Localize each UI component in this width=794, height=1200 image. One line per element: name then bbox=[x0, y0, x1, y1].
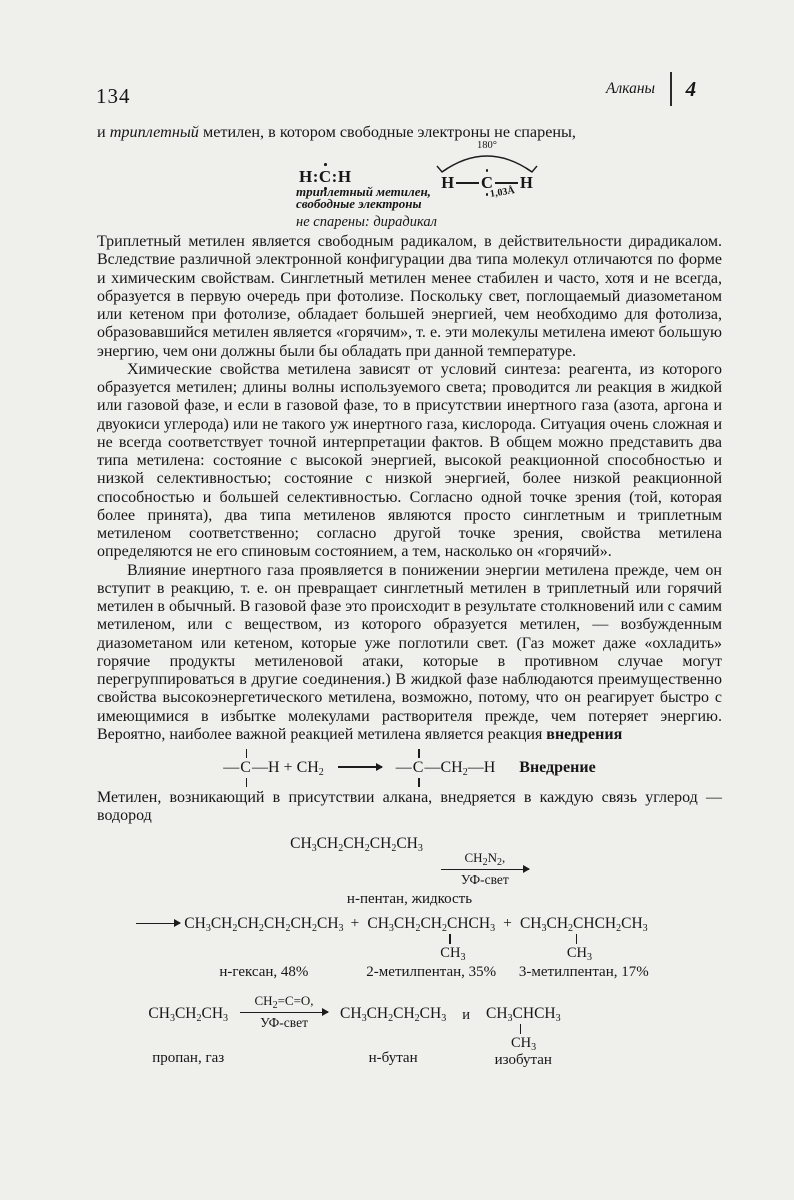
bond-angle-structure: 180° HCH 1,03Å bbox=[428, 140, 546, 202]
rxn1-arrow-bottom-label: УФ-свет bbox=[461, 872, 509, 888]
plus-sign: + bbox=[503, 915, 512, 933]
methylene-structures-figure: H:C:H 180° HCH 1,03Å триплетный метилен,… bbox=[0, 140, 794, 236]
product-label: 3-метилпентан, 17% bbox=[519, 964, 649, 981]
rxn1-reactant: CH3CH2CH2CH2CH3 bbox=[290, 835, 423, 852]
rhs-bond: — bbox=[396, 759, 412, 776]
chapter-number: 4 bbox=[686, 77, 697, 102]
reaction-arrow-icon bbox=[338, 766, 382, 767]
rxn2-arrow: CH2=C=O, УФ-свет bbox=[240, 993, 328, 1031]
text-column: Триплетный метилен является свободным ра… bbox=[97, 233, 722, 1069]
insertion-label: Внедрение bbox=[519, 759, 595, 776]
rxn1-arrow-line-icon bbox=[441, 869, 529, 870]
lhs-bond: — bbox=[223, 759, 239, 776]
methylene-reagent: CH2 bbox=[297, 759, 324, 776]
insertion-reaction: —C—H + CH2 —C—CH2—H Внедрение bbox=[97, 744, 722, 789]
rhs-rest: —CH2—H bbox=[424, 759, 495, 776]
lhs-carbon: C bbox=[239, 759, 252, 777]
paragraph-4: Метилен, возникающий в присутствии алкан… bbox=[97, 789, 722, 826]
product-label: 2-метилпентан, 35% bbox=[366, 964, 496, 981]
rxn2-reactant: CH3CH2CH3 bbox=[148, 1005, 228, 1023]
lhs-c-atom: C bbox=[240, 759, 251, 776]
intro-pre: и bbox=[97, 123, 110, 141]
bond-up bbox=[246, 749, 247, 758]
running-head: Алканы 4 bbox=[606, 70, 696, 108]
product-3-methylpentane: CH3CH2CHCH2CH3 CH3 3-метилпентан, 17% bbox=[519, 915, 649, 981]
rxn1-reactant-label: н-пентан, жидкость bbox=[97, 891, 722, 908]
substituent-area bbox=[184, 933, 343, 964]
plus-sign: + bbox=[284, 759, 293, 776]
rxn2-product2-label: изобутан bbox=[495, 1052, 552, 1069]
product-hexane: CH3CH2CH2CH2CH2CH3 н-гексан, 48% bbox=[184, 915, 343, 981]
substituent-area: CH3 bbox=[486, 1023, 561, 1052]
figure-caption: триплетный метилен, свободные электроны … bbox=[296, 186, 437, 231]
product-formula: CH3CH2CH2CHCH3 bbox=[367, 915, 495, 933]
products-arrow-icon bbox=[136, 923, 180, 924]
substituent-area: CH3 bbox=[366, 933, 496, 964]
paragraph-2: Химические свойства метилена зависят от … bbox=[97, 361, 722, 562]
rhs-c-atom: C bbox=[413, 759, 424, 776]
lhs-rest: —H bbox=[252, 759, 280, 776]
rxn1-reactant-row: CH3CH2CH2CH2CH3 CH2N2, УФ-свет bbox=[97, 835, 722, 888]
paragraph-3: Влияние инертного газа проявляется в пон… bbox=[97, 562, 722, 745]
rxn2-product1-label: н-бутан bbox=[369, 1050, 418, 1067]
substituent-bond bbox=[576, 934, 577, 944]
bond-down bbox=[246, 778, 247, 787]
product-label: н-гексан, 48% bbox=[219, 964, 308, 981]
rxn2-arrow-bottom-label: УФ-свет bbox=[260, 1015, 308, 1031]
rxn2-product1-cell: CH3CH2CH2CH3 н-бутан bbox=[340, 1005, 446, 1067]
rhs-carbon: C bbox=[412, 759, 425, 777]
rxn2-product1: CH3CH2CH2CH3 bbox=[340, 1005, 446, 1023]
angle-h-left: H bbox=[441, 173, 454, 192]
conjunction: и bbox=[462, 1007, 470, 1024]
rxn2-product2-cell: CH3CHCH3 CH3 изобутан bbox=[486, 1005, 561, 1069]
paragraph-3-text: Влияние инертного газа проявляется в пон… bbox=[97, 562, 722, 743]
rxn1-products-row: CH3CH2CH2CH2CH2CH3 н-гексан, 48% + CH3CH… bbox=[75, 915, 700, 981]
caption-line-3: не спарены: дирадикал bbox=[296, 214, 437, 231]
running-title: Алканы bbox=[606, 80, 655, 98]
angle-h-right: H bbox=[520, 173, 533, 192]
bond-up bbox=[418, 749, 419, 758]
page-number: 134 bbox=[96, 84, 131, 109]
intro-emphasis: триплетный bbox=[110, 123, 199, 141]
paragraph-3-bold: внедрения bbox=[546, 726, 622, 743]
rxn2-arrow-line-icon bbox=[240, 1012, 328, 1013]
paragraph-1: Триплетный метилен является свободным ра… bbox=[97, 233, 722, 361]
rxn2-product2: CH3CHCH3 bbox=[486, 1005, 561, 1023]
substituent-bond bbox=[449, 934, 450, 944]
rxn1-arrow-top-label: CH2N2, bbox=[465, 850, 506, 866]
bond-line bbox=[495, 182, 518, 184]
rxn2-reactant-label: пропан, газ bbox=[152, 1050, 224, 1067]
bond-line bbox=[456, 182, 479, 184]
substituent-formula: CH3 bbox=[440, 945, 487, 962]
rxn2-row: CH3CH2CH3 пропан, газ CH2=C=O, УФ-свет C… bbox=[42, 993, 667, 1069]
intro-post: метилен, в котором свободные электроны н… bbox=[199, 123, 576, 141]
rxn2-arrow-top-label: CH2=C=O, bbox=[255, 993, 314, 1009]
rxn1-arrow: CH2N2, УФ-свет bbox=[441, 850, 529, 888]
bond-down bbox=[418, 778, 419, 787]
angle-formula: HCH bbox=[428, 173, 546, 193]
bond-length-label: 1,03Å bbox=[489, 185, 515, 200]
caption-line-2: свободные электроны bbox=[296, 198, 437, 210]
product-2-methylpentane: CH3CH2CH2CHCH3 CH3 2-метилпентан, 35% bbox=[366, 915, 496, 981]
book-page: 134 Алканы 4 и триплетный метилен, в кот… bbox=[0, 0, 794, 1200]
substituent-formula: CH3 bbox=[567, 945, 640, 962]
header-divider bbox=[670, 72, 672, 106]
product-formula: CH3CH2CH2CH2CH2CH3 bbox=[184, 915, 343, 933]
product-formula: CH3CH2CHCH2CH3 bbox=[520, 915, 648, 933]
substituent-formula: CH3 bbox=[511, 1035, 552, 1052]
substituent-area: CH3 bbox=[519, 933, 649, 964]
substituent-bond bbox=[520, 1024, 521, 1034]
plus-sign: + bbox=[351, 915, 360, 933]
rxn2-reactant-cell: CH3CH2CH3 пропан, газ bbox=[148, 1005, 228, 1067]
